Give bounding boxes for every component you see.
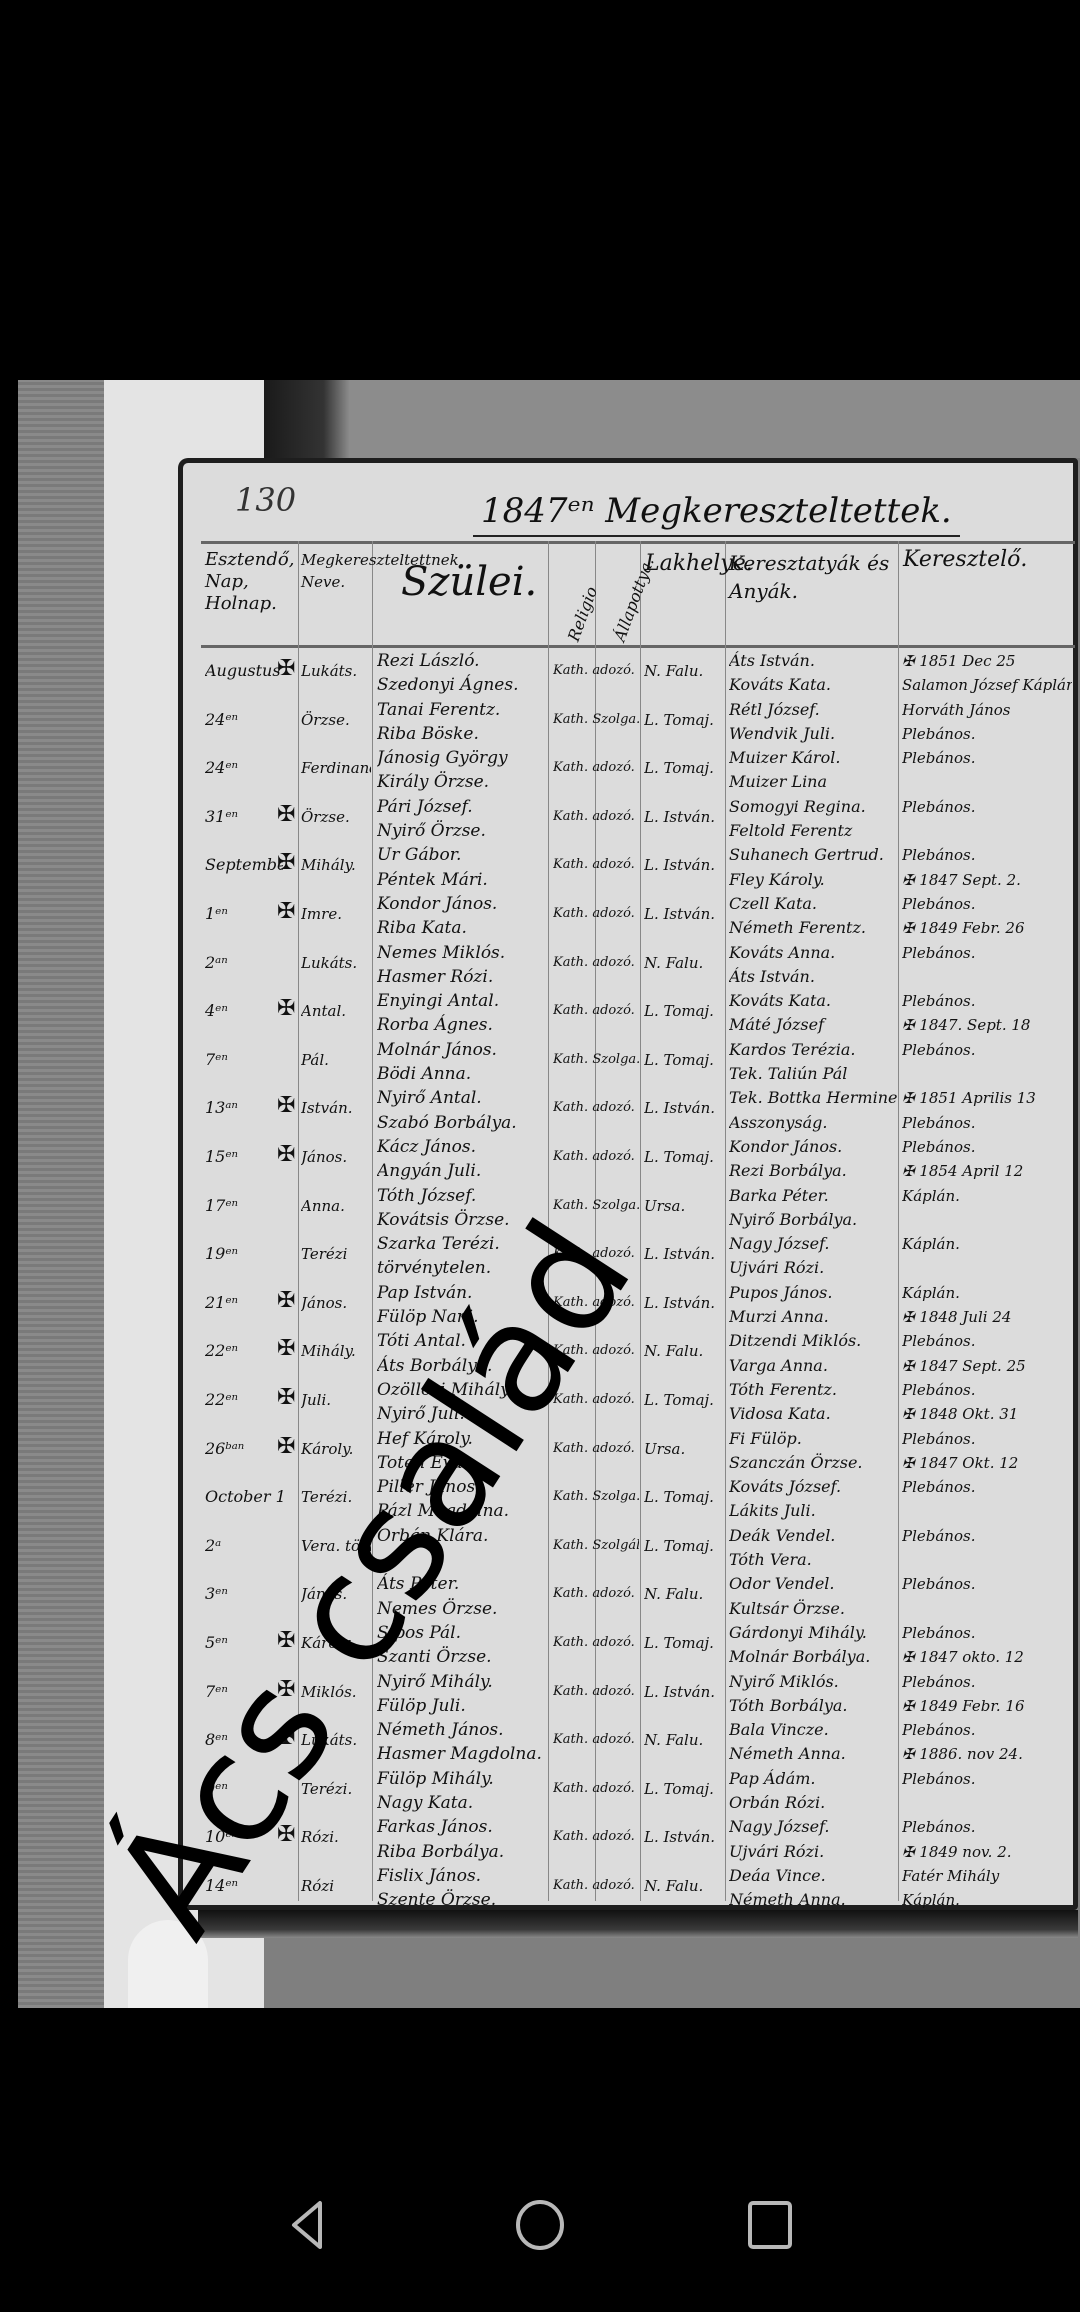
baptizer-line-1: Plebános. <box>902 1329 1072 1353</box>
godparents: Muizer Károl.Muizer Lina <box>729 746 897 795</box>
godparents-line-2: Fley Károly. <box>729 868 897 892</box>
baptizer: Plebános. <box>902 795 1072 819</box>
status-religion: Kath. adozó. <box>553 756 639 780</box>
scanned-register-photo[interactable]: 130 1847ᵉⁿ Megkereszteltettek. Esztendő,… <box>18 380 1080 2008</box>
baptized-name: Anna. <box>301 1194 371 1218</box>
home-icon <box>510 2195 570 2255</box>
godparents: Czell Kata.Németh Ferentz. <box>729 892 897 941</box>
godparents: Suhanech Gertrud.Fley Károly. <box>729 843 897 892</box>
entry-date: 31ᵉⁿ <box>205 805 283 829</box>
godparents: Áts István.Kováts Kata. <box>729 649 897 698</box>
baptizer-line-2: ✠ 1847 okto. 12 <box>902 1645 1072 1669</box>
entry-date: 19ᵉⁿ <box>205 1242 283 1266</box>
status-religion: Kath. adozó. <box>553 805 639 829</box>
table-row: 24ᵉⁿFerdinand.Jánosig GyörgyKirály Örzse… <box>201 746 1075 795</box>
parents-line-1: Fülöp Mihály. <box>377 1767 547 1791</box>
baptized-name: Mihály. <box>301 853 371 877</box>
godparents-line-1: Deák Vendel. <box>729 1524 897 1548</box>
parents-line-2: Riba Borbálya. <box>377 1840 547 1864</box>
baptizer: Plebános.✠ 1847 okto. 12 <box>902 1621 1072 1670</box>
godparents: Rétl József.Wendvik Juli. <box>729 698 897 747</box>
baptizer-line-2: ✠ 1848 Okt. 31 <box>902 1402 1072 1426</box>
baptizer: Káplán.✠ 1848 Juli 24 <box>902 1281 1072 1330</box>
godparents-line-1: Nagy József. <box>729 1232 897 1256</box>
table-row: September 1ᵉⁿ✠Mihály.Ur Gábor.Péntek Már… <box>201 843 1075 892</box>
residence: L. István. <box>644 853 724 877</box>
godparents: Somogyi Regina.Feltold Ferentz <box>729 795 897 844</box>
residence: L. Tomaj. <box>644 1145 724 1169</box>
baptized-name: Örzse. <box>301 708 371 732</box>
baptizer-line-2: ✠ 1854 April 12 <box>902 1159 1072 1183</box>
entry-date: 7ᵉⁿ <box>205 1048 283 1072</box>
status-religion: Kath. adozó. <box>553 1145 639 1169</box>
residence: L. István. <box>644 805 724 829</box>
entry-date: 15ᵉⁿ <box>205 1145 283 1169</box>
godparents-line-2: Tek. Taliún Pál <box>729 1062 897 1086</box>
godparents: Kondor János.Rezi Borbálya. <box>729 1135 897 1184</box>
parents: Jánosig GyörgyKirály Örzse. <box>377 746 547 795</box>
deceased-cross-icon: ✠ <box>277 657 297 681</box>
entry-date: 1ᵉⁿ <box>205 902 283 926</box>
residence: L. Tomaj. <box>644 999 724 1023</box>
header-date: Esztendő, Nap, Holnap. <box>205 549 297 615</box>
baptizer-line-1: Plebános. <box>902 1621 1072 1645</box>
parents-line-1: Nemes Miklós. <box>377 941 547 965</box>
parents: Ur Gábor.Péntek Mári. <box>377 843 547 892</box>
baptizer: Horváth JánosPlebános. <box>902 698 1072 747</box>
baptizer-line-1: Plebános. <box>902 941 1072 965</box>
baptizer: Fatér MihályKáplán. <box>902 1864 1072 1913</box>
godparents-line-1: Muizer Károl. <box>729 746 897 770</box>
entry-date: 22ᵉⁿ <box>205 1388 283 1412</box>
baptizer-line-1: Plebános. <box>902 1427 1072 1451</box>
entry-date: 24ᵉⁿ <box>205 708 283 732</box>
page-shadow <box>198 1910 1078 1938</box>
baptizer: ✠ 1851 Dec 25Salamon József Káplán. <box>902 649 1072 698</box>
parents-line-1: Nyirő Antal. <box>377 1086 547 1110</box>
godparents-line-1: Deáa Vince. <box>729 1864 897 1888</box>
godparents-line-1: Tóth Ferentz. <box>729 1378 897 1402</box>
godparents-line-2: Lákits Juli. <box>729 1499 897 1523</box>
godparents-line-2: Wendvik Juli. <box>729 722 897 746</box>
residence: N. Falu. <box>644 951 724 975</box>
baptizer-line-1: Plebános. <box>902 843 1072 867</box>
status-religion: Kath. adozó. <box>553 951 639 975</box>
parents: Fülöp Mihály.Nagy Kata. <box>377 1767 547 1816</box>
parents-line-2: Szente Örzse. <box>377 1888 547 1912</box>
baptizer: Plebános.✠ 1847. Sept. 18 <box>902 989 1072 1038</box>
godparents-line-1: Bala Vincze. <box>729 1718 897 1742</box>
baptized-name: Imre. <box>301 902 371 926</box>
baptizer: Plebános. <box>902 1038 1072 1062</box>
baptizer-line-1: Plebános. <box>902 795 1072 819</box>
entry-date: 13ᵃⁿ <box>205 1096 283 1120</box>
godparents-line-1: Gárdonyi Mihály. <box>729 1621 897 1645</box>
table-row: 26ᵇᵃⁿ✠Károly.Hef Károly.Toten Éva.Kath. … <box>201 1427 1075 1476</box>
godparents: Kardos Terézia.Tek. Taliún Pál <box>729 1038 897 1087</box>
godparents-line-1: Kondor János. <box>729 1135 897 1159</box>
godparents: Nagy József.Ujvári Rózi. <box>729 1232 897 1281</box>
image-viewer[interactable]: 130 1847ᵉⁿ Megkereszteltettek. Esztendő,… <box>0 0 1080 2160</box>
status-religion: Kath. Szolgáló. <box>553 1534 639 1558</box>
table-row: 22ᵉⁿ✠Juli.Ozöllösi Mihály.Nyirő Juli.Kat… <box>201 1378 1075 1427</box>
status-religion: Kath. adozó. <box>553 1825 639 1849</box>
baptizer: Plebános.✠ 1847 Okt. 12 <box>902 1427 1072 1476</box>
godparents-line-2: Feltold Ferentz <box>729 819 897 843</box>
parents-line-1: Molnár János. <box>377 1038 547 1062</box>
baptizer: Plebános.✠ 1849 nov. 2. <box>902 1815 1072 1864</box>
godparents: Nagy József.Ujvári Rózi. <box>729 1815 897 1864</box>
parents-line-2: Riba Kata. <box>377 916 547 940</box>
godparents-line-1: Kováts Anna. <box>729 941 897 965</box>
table-row: 2ᵃⁿLukáts.Nemes Miklós.Hasmer Rózi.Kath.… <box>201 941 1075 990</box>
table-row: 14ᵉⁿRóziFislix János.Szente Örzse.Kath. … <box>201 1864 1075 1913</box>
godparents-line-2: Tóth Vera. <box>729 1548 897 1572</box>
parents-line-1: Farkas János. <box>377 1815 547 1839</box>
parents: Kácz János.Angyán Juli. <box>377 1135 547 1184</box>
parents-line-2: Rorba Ágnes. <box>377 1013 547 1037</box>
baptizer-line-2: ✠ 1849 nov. 2. <box>902 1840 1072 1864</box>
godparents-line-1: Suhanech Gertrud. <box>729 843 897 867</box>
baptized-name: Juli. <box>301 1388 371 1412</box>
baptizer-line-2: Plebános. <box>902 1111 1072 1135</box>
baptizer-line-2: ✠ 1848 Juli 24 <box>902 1305 1072 1329</box>
parents-line-1: Tanai Ferentz. <box>377 698 547 722</box>
godparents-line-2: Kováts Kata. <box>729 673 897 697</box>
entry-date: 2ᵃⁿ <box>205 951 283 975</box>
deceased-cross-icon: ✠ <box>277 900 297 924</box>
baptizer: Plebános.✠ 1854 April 12 <box>902 1135 1072 1184</box>
entry-date: 2ᵃ <box>205 1534 283 1558</box>
baptizer-line-1: Plebános. <box>902 1670 1072 1694</box>
godparents-line-2: Szanczán Örzse. <box>729 1451 897 1475</box>
parents-line-1: Fislix János. <box>377 1864 547 1888</box>
baptizer-line-1: Plebános. <box>902 746 1072 770</box>
entry-date: 22ᵉⁿ <box>205 1339 283 1363</box>
godparents: Pupos János.Murzi Anna. <box>729 1281 897 1330</box>
status-religion: Kath. Szolga. <box>553 708 639 732</box>
baptizer-line-1: ✠ 1851 Dec 25 <box>902 649 1072 673</box>
residence: L. István. <box>644 902 724 926</box>
residence: L. Tomaj. <box>644 1631 724 1655</box>
godparents: Nyirő Miklós.Tóth Borbálya. <box>729 1670 897 1719</box>
baptizer-line-2: Salamon József Káplán. <box>902 673 1072 697</box>
residence: Ursa. <box>644 1437 724 1461</box>
baptizer: Plebános.✠ 1847 Sept. 2. <box>902 843 1072 892</box>
residence: L. István. <box>644 1096 724 1120</box>
baptized-name: Ferdinand. <box>301 756 371 780</box>
godparents: Odor Vendel.Kultsár Örzse. <box>729 1572 897 1621</box>
godparents: Kováts Anna.Áts István. <box>729 941 897 990</box>
header-residence: Lakhelye. <box>645 549 723 579</box>
godparents: Ditzendi Miklós.Varga Anna. <box>729 1329 897 1378</box>
status-religion: Kath. adozó. <box>553 1582 639 1606</box>
baptizer-line-2: ✠ 1886. nov 24. <box>902 1742 1072 1766</box>
baptizer-line-2: ✠ 1847. Sept. 18 <box>902 1013 1072 1037</box>
baptizer-line-2: ✠ 1847 Sept. 25 <box>902 1354 1072 1378</box>
entry-date: October 1ᵉⁿ <box>205 1485 283 1509</box>
residence: L. Tomaj. <box>644 1485 724 1509</box>
status-religion: Kath. adozó. <box>553 999 639 1023</box>
parents-line-1: Kácz János. <box>377 1135 547 1159</box>
deceased-cross-icon: ✠ <box>277 851 297 875</box>
status-religion: Kath. adozó. <box>553 1874 639 1898</box>
baptizer-line-1: Káplán. <box>902 1184 1072 1208</box>
godparents-line-2: Ujvári Rózi. <box>729 1840 897 1864</box>
header-godparents: Keresztatyák és Anyák. <box>729 549 894 605</box>
baptizer-line-1: Plebános. <box>902 892 1072 916</box>
godparents: Pap Ádám.Orbán Rózi. <box>729 1767 897 1816</box>
header-baptized-name: Megkereszteltettnek Neve. <box>301 549 371 593</box>
residence: L. Tomaj. <box>644 1534 724 1558</box>
parents-line-2: Szabó Borbálya. <box>377 1111 547 1135</box>
baptized-name: János. <box>301 1145 371 1169</box>
parents: Nyirő Antal.Szabó Borbálya. <box>377 1086 547 1135</box>
baptizer: Plebános. <box>902 1524 1072 1548</box>
godparents-line-2: Vidosa Kata. <box>729 1402 897 1426</box>
deceased-cross-icon: ✠ <box>277 1143 297 1167</box>
godparents: Deáa Vince.Németh Anna. <box>729 1864 897 1913</box>
status-religion: Kath. Szolga. <box>553 1048 639 1072</box>
baptized-name: Lukáts. <box>301 659 371 683</box>
baptizer: Plebános. <box>902 1475 1072 1499</box>
godparents-line-1: Kardos Terézia. <box>729 1038 897 1062</box>
baptizer-line-1: Plebános. <box>902 1524 1072 1548</box>
parents-line-1: Pári József. <box>377 795 547 819</box>
table-row: 24ᵉⁿÖrzse.Tanai Ferentz.Riba Böske.Kath.… <box>201 698 1075 747</box>
baptizer-line-2: ✠ 1849 Febr. 26 <box>902 916 1072 940</box>
parents-line-2: Nyirő Örzse. <box>377 819 547 843</box>
godparents: Tek. Bottka HermineAsszonyság. <box>729 1086 897 1135</box>
residence: L. Tomaj. <box>644 1388 724 1412</box>
residence: L. István. <box>644 1242 724 1266</box>
godparents: Bala Vincze.Németh Anna. <box>729 1718 897 1767</box>
godparents-line-1: Nyirő Miklós. <box>729 1670 897 1694</box>
baptizer-line-1: Káplán. <box>902 1281 1072 1305</box>
godparents-line-2: Rezi Borbálya. <box>729 1159 897 1183</box>
page-number: 130 <box>235 481 296 519</box>
godparents: Gárdonyi Mihály.Molnár Borbálya. <box>729 1621 897 1670</box>
godparents-line-2: Németh Anna. <box>729 1742 897 1766</box>
baptizer-line-2: ✠ 1847 Okt. 12 <box>902 1451 1072 1475</box>
godparents-line-2: Molnár Borbálya. <box>729 1645 897 1669</box>
parents: Farkas János.Riba Borbálya. <box>377 1815 547 1864</box>
page-title: 1847ᵉⁿ Megkereszteltettek. <box>473 491 960 537</box>
baptizer: Plebános. <box>902 1572 1072 1596</box>
deceased-cross-icon: ✠ <box>277 1094 297 1118</box>
table-row: 10ᵉⁿ✠Rózi.Farkas János.Riba Borbálya.Kat… <box>201 1815 1075 1864</box>
table-row: 22ᵉⁿ✠Mihály.Tóti Antal.Áts Borbálya.Kath… <box>201 1329 1075 1378</box>
godparents: Fi Fülöp.Szanczán Örzse. <box>729 1427 897 1476</box>
parents: Kondor János.Riba Kata. <box>377 892 547 941</box>
baptized-name: Terézi <box>301 1242 371 1266</box>
baptizer: Plebános.✠ 1849 Febr. 26 <box>902 892 1072 941</box>
baptizer: Káplán. <box>902 1232 1072 1256</box>
residence: L. Tomaj. <box>644 708 724 732</box>
parents-line-2: Péntek Mári. <box>377 868 547 892</box>
header-baptizer: Keresztelő. <box>903 549 1073 571</box>
baptizer: Plebános.✠ 1886. nov 24. <box>902 1718 1072 1767</box>
baptized-name: Mihály. <box>301 1339 371 1363</box>
entry-date: 4ᵉⁿ <box>205 999 283 1023</box>
godparents-line-1: Pupos János. <box>729 1281 897 1305</box>
godparents-line-1: Fi Fülöp. <box>729 1427 897 1451</box>
deceased-cross-icon: ✠ <box>277 997 297 1021</box>
deceased-cross-icon: ✠ <box>277 1435 297 1459</box>
godparents-line-2: Ujvári Rózi. <box>729 1256 897 1280</box>
status-religion: Kath. adozó. <box>553 902 639 926</box>
table-row: 17ᵉⁿAnna.Tóth József.Kovátsis Örzse.Kath… <box>201 1184 1075 1233</box>
godparents-line-1: Kováts József. <box>729 1475 897 1499</box>
parents: Rezi László.Szedonyi Ágnes. <box>377 649 547 698</box>
baptized-name: Antal. <box>301 999 371 1023</box>
baptized-name: Lukáts. <box>301 951 371 975</box>
table-row: 4ᵉⁿ✠Antal.Enyingi Antal.Rorba Ágnes.Kath… <box>201 989 1075 1038</box>
entry-date: 26ᵇᵃⁿ <box>205 1437 283 1461</box>
recents-icon <box>740 2195 800 2255</box>
godparents-line-1: Somogyi Regina. <box>729 795 897 819</box>
baptized-name: Rózi <box>301 1874 371 1898</box>
home-button[interactable] <box>510 2195 570 2255</box>
godparents-line-2: Kultsár Örzse. <box>729 1597 897 1621</box>
deceased-cross-icon: ✠ <box>277 1337 297 1361</box>
parents-line-1: Ur Gábor. <box>377 843 547 867</box>
parents: Nemes Miklós.Hasmer Rózi. <box>377 941 547 990</box>
status-religion: Kath. adozó. <box>553 1631 639 1655</box>
baptized-name: István. <box>301 1096 371 1120</box>
parents: Molnár János.Bödi Anna. <box>377 1038 547 1087</box>
parents-line-2: Riba Böske. <box>377 722 547 746</box>
residence: L. Tomaj. <box>644 1048 724 1072</box>
baptizer-line-2: ✠ 1849 Febr. 16 <box>902 1694 1072 1718</box>
parents-line-1: Jánosig György <box>377 746 547 770</box>
baptizer: Plebános.✠ 1848 Okt. 31 <box>902 1378 1072 1427</box>
parents-line-1: Németh János. <box>377 1718 547 1742</box>
status-religion: Kath. adozó. <box>553 1728 639 1752</box>
baptized-name: Pál. <box>301 1048 371 1072</box>
residence: L. Tomaj. <box>644 756 724 780</box>
godparents: Tóth Ferentz.Vidosa Kata. <box>729 1378 897 1427</box>
table-row: 7ᵉⁿPál.Molnár János.Bödi Anna.Kath. Szol… <box>201 1038 1075 1087</box>
table-row: 31ᵉⁿ✠Örzse.Pári József.Nyirő Örzse.Kath.… <box>201 795 1075 844</box>
status-religion: Kath. adozó. <box>553 1777 639 1801</box>
godparents-line-1: Pap Ádám. <box>729 1767 897 1791</box>
parents-line-2: Nagy Kata. <box>377 1791 547 1815</box>
background-strip <box>18 380 104 2008</box>
table-row: 1ᵉⁿ✠Imre.Kondor János.Riba Kata.Kath. ad… <box>201 892 1075 941</box>
parents-line-2: Bödi Anna. <box>377 1062 547 1086</box>
baptizer-line-1: ✠ 1851 Aprilis 13 <box>902 1086 1072 1110</box>
header-religion: Religio <box>563 584 603 645</box>
godparents-line-2: Nyirő Borbálya. <box>729 1208 897 1232</box>
status-religion: Kath. adozó. <box>553 1680 639 1704</box>
table-row: 13ᵃⁿ✠István.Nyirő Antal.Szabó Borbálya.K… <box>201 1086 1075 1135</box>
godparents-line-2: Varga Anna. <box>729 1354 897 1378</box>
residence: N. Falu. <box>644 1339 724 1363</box>
godparents-line-2: Tóth Borbálya. <box>729 1694 897 1718</box>
parents-line-1: Enyingi Antal. <box>377 989 547 1013</box>
godparents-line-1: Kováts Kata. <box>729 989 897 1013</box>
deceased-cross-icon: ✠ <box>277 1386 297 1410</box>
baptizer-line-2: ✠ 1847 Sept. 2. <box>902 868 1072 892</box>
baptizer: Plebános.✠ 1849 Febr. 16 <box>902 1670 1072 1719</box>
residence: N. Falu. <box>644 1728 724 1752</box>
back-button[interactable] <box>280 2195 340 2255</box>
entry-date: Augustus 14ᵉⁿ <box>205 659 283 683</box>
baptized-name: Örzse. <box>301 805 371 829</box>
parents: Enyingi Antal.Rorba Ágnes. <box>377 989 547 1038</box>
baptizer-line-1: Plebános. <box>902 1378 1072 1402</box>
parents-line-1: Kondor János. <box>377 892 547 916</box>
godparents: Barka Péter.Nyirő Borbálya. <box>729 1184 897 1233</box>
android-navigation-bar <box>0 2160 1080 2312</box>
godparents-line-1: Rétl József. <box>729 698 897 722</box>
parents-line-2: Hasmer Rózi. <box>377 965 547 989</box>
godparents-line-2: Muizer Lina <box>729 770 897 794</box>
baptizer-line-1: Plebános. <box>902 1038 1072 1062</box>
parents-line-1: Rezi László. <box>377 649 547 673</box>
entry-date: 21ᵉⁿ <box>205 1291 283 1315</box>
parents: Tanai Ferentz.Riba Böske. <box>377 698 547 747</box>
godparents-line-2: Asszonyság. <box>729 1111 897 1135</box>
entry-date: 17ᵉⁿ <box>205 1194 283 1218</box>
residence: N. Falu. <box>644 659 724 683</box>
baptized-name: János. <box>301 1291 371 1315</box>
residence: L. István. <box>644 1680 724 1704</box>
recents-button[interactable] <box>740 2195 800 2255</box>
baptizer-line-2: Plebános. <box>902 722 1072 746</box>
baptizer: ✠ 1851 Aprilis 13Plebános. <box>902 1086 1072 1135</box>
parents: Fislix János.Szente Örzse. <box>377 1864 547 1913</box>
godparents-line-2: Máté József <box>729 1013 897 1037</box>
baptizer: Káplán. <box>902 1184 1072 1208</box>
deceased-cross-icon: ✠ <box>277 803 297 827</box>
parents: Pári József.Nyirő Örzse. <box>377 795 547 844</box>
residence: N. Falu. <box>644 1582 724 1606</box>
deceased-cross-icon: ✠ <box>277 1289 297 1313</box>
godparents-line-2: Németh Anna. <box>729 1888 897 1912</box>
godparents: Kováts Kata.Máté József <box>729 989 897 1038</box>
godparents-line-1: Tek. Bottka Hermine <box>729 1086 897 1110</box>
godparents-line-2: Murzi Anna. <box>729 1305 897 1329</box>
godparents-line-1: Ditzendi Miklós. <box>729 1329 897 1353</box>
baptizer-line-1: Plebános. <box>902 1718 1072 1742</box>
entry-date: 24ᵉⁿ <box>205 756 283 780</box>
entry-date: September 1ᵉⁿ <box>205 853 283 877</box>
godparents-line-1: Barka Péter. <box>729 1184 897 1208</box>
parents-line-2: Angyán Juli. <box>377 1159 547 1183</box>
status-religion: Kath. adozó. <box>553 1096 639 1120</box>
status-religion: Kath. adozó. <box>553 853 639 877</box>
godparents: Kováts József.Lákits Juli. <box>729 1475 897 1524</box>
godparents-line-2: Áts István. <box>729 965 897 989</box>
background-shadow <box>264 380 349 460</box>
baptizer: Plebános. <box>902 941 1072 965</box>
parents-line-2: Szedonyi Ágnes. <box>377 673 547 697</box>
table-row: 15ᵉⁿ✠János.Kácz János.Angyán Juli.Kath. … <box>201 1135 1075 1184</box>
godparents-line-1: Czell Kata. <box>729 892 897 916</box>
godparents-line-1: Nagy József. <box>729 1815 897 1839</box>
baptizer-line-1: Plebános. <box>902 1767 1072 1791</box>
parents: Németh János.Hasmer Magdolna. <box>377 1718 547 1767</box>
table-row: Augustus 14ᵉⁿ✠Lukáts.Rezi László.Szedony… <box>201 649 1075 698</box>
baptizer-line-1: Horváth János <box>902 698 1072 722</box>
baptizer: Plebános.✠ 1847 Sept. 25 <box>902 1329 1072 1378</box>
parents-line-2: Hasmer Magdolna. <box>377 1742 547 1766</box>
parents-line-2: Király Örzse. <box>377 770 547 794</box>
baptizer-line-1: Káplán. <box>902 1232 1072 1256</box>
baptizer-line-1: Fatér Mihály <box>902 1864 1072 1888</box>
